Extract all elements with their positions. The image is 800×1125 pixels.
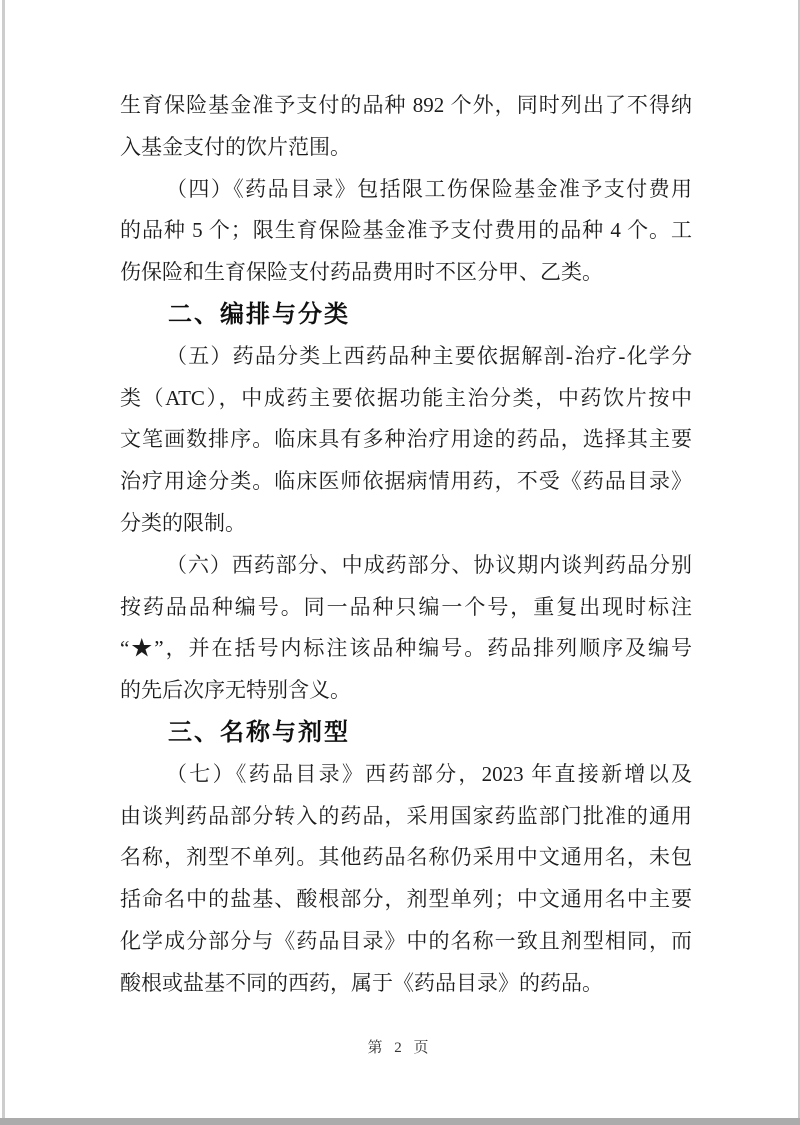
text-line: 括命名中的盐基、酸根部分，剂型单列；中文通用名中主要 (120, 879, 692, 921)
text-line: 的品种 5 个；限生育保险基金准予支付费用的品种 4 个。工 (120, 210, 692, 252)
text-line: （四）《药品目录》包括限工伤保险基金准予支付费用 (120, 169, 692, 211)
text-line: 由谈判药品部分转入的药品，采用国家药监部门批准的通用 (120, 796, 692, 838)
section-heading: 三、名称与剂型 (120, 712, 692, 754)
text-line: 伤保险和生育保险支付药品费用时不区分甲、乙类。 (120, 252, 692, 294)
text-line: 类（ATC），中成药主要依据功能主治分类，中药饮片按中 (120, 378, 692, 420)
text-line: 生育保险基金准予支付的品种 892 个外，同时列出了不得纳 (120, 85, 692, 127)
page-left-edge (2, 0, 5, 1125)
text-line: 入基金支付的饮片范围。 (120, 127, 692, 169)
text-line: 化学成分部分与《药品目录》中的名称一致且剂型相同，而 (120, 921, 692, 963)
text-line: 酸根或盐基不同的西药，属于《药品目录》的药品。 (120, 963, 692, 1005)
text-line: 的先后次序无特别含义。 (120, 670, 692, 712)
document-body: 生育保险基金准予支付的品种 892 个外，同时列出了不得纳 入基金支付的饮片范围… (120, 85, 692, 1005)
text-line: （五）药品分类上西药品种主要依据解剖-治疗-化学分 (120, 336, 692, 378)
page-bottom-edge (0, 1118, 800, 1125)
text-line: 分类的限制。 (120, 503, 692, 545)
text-line: 按药品品种编号。同一品种只编一个号，重复出现时标注 (120, 587, 692, 629)
text-line: 文笔画数排序。临床具有多种治疗用途的药品，选择其主要 (120, 419, 692, 461)
text-line: 治疗用途分类。临床医师依据病情用药，不受《药品目录》 (120, 461, 692, 503)
section-heading: 二、编排与分类 (120, 294, 692, 336)
page-number: 第 2 页 (0, 1036, 800, 1057)
text-line: “★”，并在括号内标注该品种编号。药品排列顺序及编号 (120, 628, 692, 670)
text-line: 名称，剂型不单列。其他药品名称仍采用中文通用名，未包 (120, 837, 692, 879)
text-line: （七）《药品目录》西药部分，2023 年直接新增以及 (120, 754, 692, 796)
text-line: （六）西药部分、中成药部分、协议期内谈判药品分别 (120, 545, 692, 587)
